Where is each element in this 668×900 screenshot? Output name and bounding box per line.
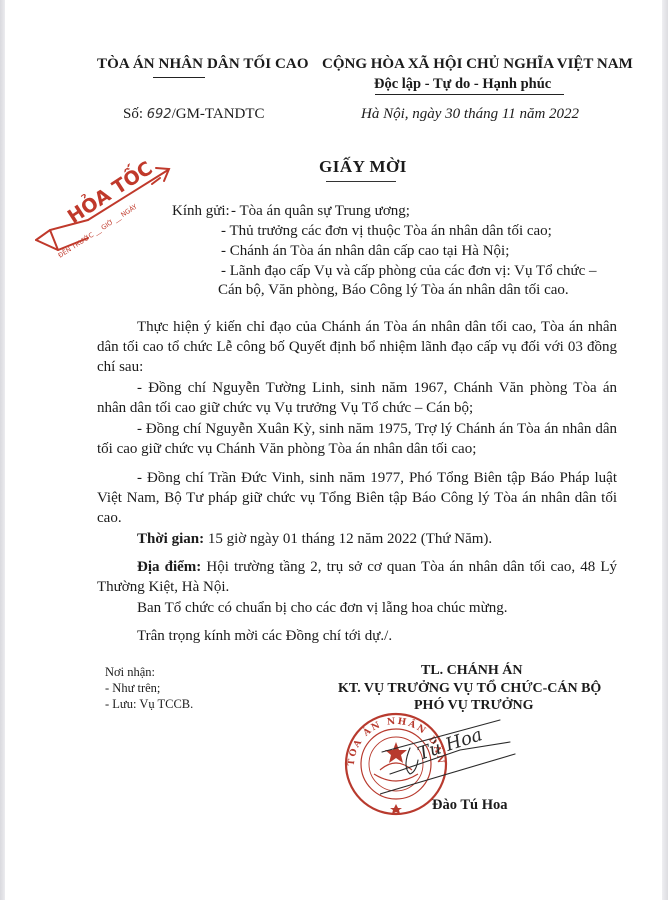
recipients-label: Kính gửi: (172, 203, 230, 220)
doc-number-suffix: /GM-TANDTC (172, 106, 265, 122)
appointee-paragraph: - Đồng chí Nguyễn Xuân Kỳ, sinh năm 1975… (97, 419, 617, 459)
recipient-item: - Lãnh đạo cấp Vụ và cấp phòng của các đ… (221, 263, 597, 280)
place-and-date: Hà Nội, ngày 30 tháng 11 năm 2022 (361, 106, 579, 123)
signer-name: Đào Tú Hoa (432, 797, 507, 814)
title-underline (326, 181, 396, 182)
recipient-item: - Chánh án Tòa án nhân dân cấp cao tại H… (221, 243, 509, 260)
appointee-paragraph: - Đồng chí Trần Đức Vinh, sinh năm 1977,… (97, 468, 617, 528)
distribution-label: Nơi nhận: (105, 665, 155, 680)
recipient-item: - Thủ trưởng các đơn vị thuộc Tòa án nhâ… (221, 223, 552, 240)
issuing-authority: TÒA ÁN NHÂN DÂN TỐI CAO (97, 56, 309, 73)
signature-authority-line: TL. CHÁNH ÁN (421, 663, 523, 679)
motto-underline (375, 94, 564, 95)
time-label: Thời gian: (137, 531, 204, 547)
signature-text: Tú Hoa (415, 724, 485, 765)
national-motto: Độc lập - Tự do - Hạnh phúc (374, 76, 551, 93)
event-time: Thời gian: 15 giờ ngày 01 tháng 12 năm 2… (97, 529, 617, 549)
intro-paragraph: Thực hiện ý kiến chỉ đạo của Chánh án Tò… (97, 317, 617, 377)
distribution-item: - Lưu: Vụ TCCB. (105, 697, 193, 712)
flowers-note: Ban Tổ chức có chuẩn bị cho các đơn vị l… (97, 598, 617, 618)
appointee-paragraph: - Đồng chí Nguyễn Tường Linh, sinh năm 1… (97, 378, 617, 418)
document-title: GIẤY MỜI (319, 157, 407, 177)
recipient-item: - Tòa án quân sự Trung ương; (231, 203, 410, 220)
distribution-item: - Như trên; (105, 681, 160, 696)
signature-authority-line: KT. VỤ TRƯỞNG VỤ TỔ CHỨC-CÁN BỘ (338, 681, 601, 697)
urgent-stamp-title: HỎA TỐC (62, 158, 157, 228)
closing-line: Trân trọng kính mời các Đồng chí tới dự.… (97, 626, 617, 646)
place-label: Địa điểm: (137, 559, 201, 575)
recipient-item: Cán bộ, Văn phòng, Báo Công lý Tòa án nh… (218, 282, 569, 299)
document-number: Số: 692/GM-TANDTC (123, 106, 265, 123)
doc-number-label: Số: (123, 106, 147, 122)
urgent-stamp-icon: HỎA TỐC ĐẾN TRƯỚC __ GIỜ __ NGÀY (28, 158, 178, 258)
national-title: CỘNG HÒA XÃ HỘI CHỦ NGHĨA VIỆT NAM (322, 56, 633, 73)
doc-number-handwritten: 692 (147, 107, 172, 122)
handwritten-signature-icon: Tú Hoa (380, 712, 530, 802)
scan-right-edge (662, 0, 668, 900)
event-location: Địa điểm: Hội trường tầng 2, trụ sở cơ q… (97, 557, 617, 597)
time-value: 15 giờ ngày 01 tháng 12 năm 2022 (Thứ Nă… (204, 531, 492, 547)
issuer-underline (153, 77, 205, 78)
scan-left-edge (0, 0, 5, 900)
